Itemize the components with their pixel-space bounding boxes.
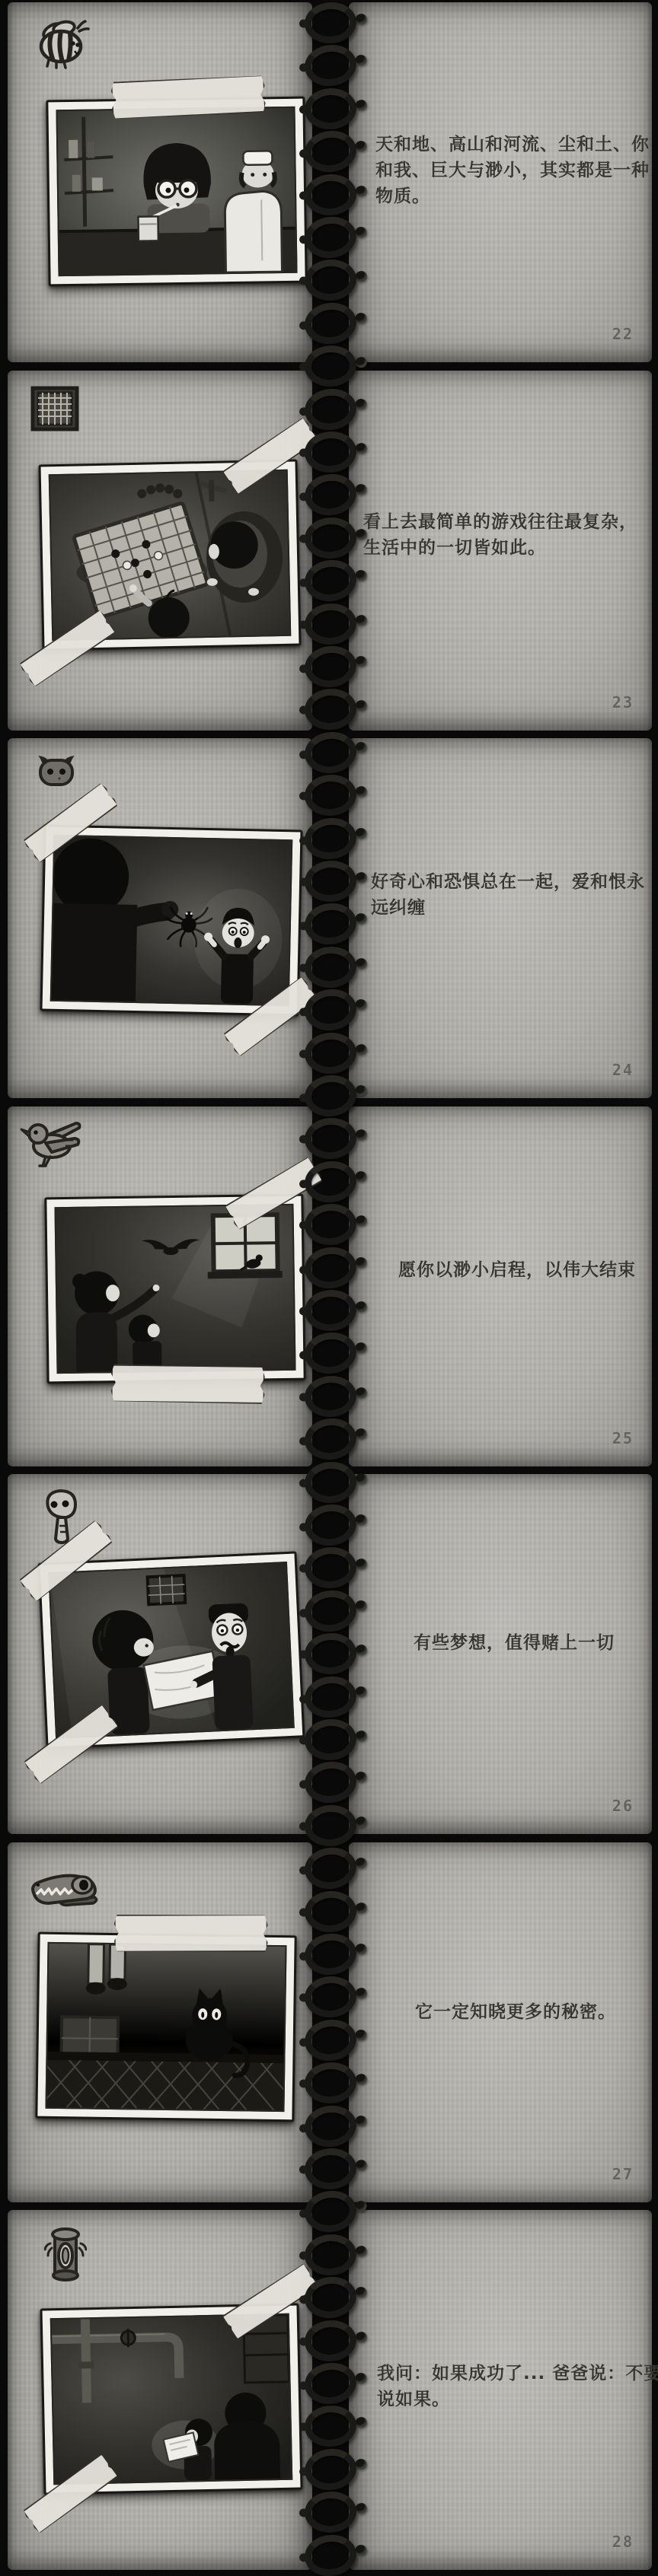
photo[interactable] (46, 97, 307, 287)
photo-scene-cat-fence (45, 1942, 286, 2112)
right-page: 我问：如果成功了... 爸爸说：不要 说如果。 28 (349, 2210, 652, 2570)
caption-line: 远纠缠 (371, 895, 645, 921)
right-page: 天和地、高山和河流、尘和土、你 和我、巨大与渺小，其实都是一种 物质。 22 (349, 2, 652, 362)
right-page: 有些梦想，值得赌上一切 26 (349, 1474, 652, 1834)
photo[interactable] (44, 1194, 305, 1384)
horned-head-icon (37, 755, 76, 791)
notebook-spread: 天和地、高山和河流、尘和土、你 和我、巨大与渺小，其实都是一种 物质。 22 (0, 0, 658, 365)
caption-line: 天和地、高山和河流、尘和土、你 (375, 132, 650, 158)
page-number: 25 (612, 1429, 634, 1447)
photo-scene-go-game (49, 470, 292, 642)
photo-caption: 天和地、高山和河流、尘和土、你 和我、巨大与渺小，其实都是一种 物质。 (375, 132, 650, 209)
photo-caption: 好奇心和恐惧总在一起，爱和恨永 远纠缠 (371, 869, 645, 921)
photo-scene-basement (50, 2313, 293, 2485)
right-page: 愿你以渺小启程，以伟大结束 25 (349, 1107, 652, 1466)
photo-caption: 愿你以渺小启程，以伟大结束 (398, 1257, 636, 1283)
go-board-icon (30, 386, 79, 435)
page-number: 27 (612, 2165, 634, 2183)
tape (110, 75, 266, 120)
page-number: 24 (612, 1061, 634, 1079)
photo-caption: 它一定知晓更多的秘密。 (415, 1999, 616, 2025)
notebook-spread: 愿你以渺小启程，以伟大结束 25 (0, 1104, 658, 1469)
photo-frame (44, 1194, 305, 1384)
photo-frame (40, 2303, 302, 2495)
caption-line: 和我、巨大与渺小，其实都是一种 (375, 158, 650, 183)
bee-icon (30, 11, 93, 77)
caption-line: 看上去最简单的游戏往往最复杂， (363, 509, 637, 535)
lantern-icon (44, 2225, 87, 2288)
photo[interactable] (38, 459, 301, 651)
tape (114, 1914, 268, 1953)
notebook-spread: 好奇心和恐惧总在一起，爱和恨永 远纠缠 24 (0, 736, 658, 1101)
photo-caption: 看上去最简单的游戏往往最复杂， 生活中的一切皆如此。 (363, 509, 637, 561)
notebook-spread: 我问：如果成功了... 爸爸说：不要 说如果。 28 (0, 2208, 658, 2573)
photo-caption: 我问：如果成功了... 爸爸说：不要 说如果。 (377, 2361, 658, 2412)
right-page: 它一定知晓更多的秘密。 27 (349, 1842, 652, 2202)
photo-scene-spider (50, 835, 293, 1007)
right-page: 好奇心和恐惧总在一起，爱和恨永 远纠缠 24 (349, 738, 652, 1098)
caption-line: 好奇心和恐惧总在一起，爱和恨永 (371, 869, 645, 895)
caption-line: 物质。 (375, 183, 650, 209)
left-page (8, 1474, 312, 1834)
photo-scene-birds-window (54, 1204, 295, 1374)
caption-line: 说如果。 (377, 2387, 658, 2412)
photo-scene-map-dream (48, 1562, 295, 1739)
left-page (8, 1107, 312, 1466)
photo-frame (35, 1932, 296, 2122)
photo-scene-boy-drinking (56, 107, 297, 276)
crocodile-icon (27, 1871, 101, 1912)
photo[interactable] (40, 2303, 302, 2495)
photo[interactable] (40, 824, 302, 1016)
tape (110, 1364, 265, 1404)
photo-frame (38, 1551, 305, 1749)
photo[interactable] (38, 1551, 305, 1749)
page-number: 28 (612, 2533, 634, 2551)
caption-line: 愿你以渺小启程，以伟大结束 (398, 1257, 636, 1283)
photo[interactable] (35, 1932, 296, 2122)
page-number: 22 (612, 325, 634, 343)
photo-frame (40, 824, 302, 1016)
right-page: 看上去最简单的游戏往往最复杂， 生活中的一切皆如此。 23 (349, 371, 652, 731)
caption-line: 它一定知晓更多的秘密。 (415, 1999, 616, 2025)
notebook-spread: 有些梦想，值得赌上一切 26 (0, 1472, 658, 1837)
photo-frame (46, 97, 307, 287)
notebook-spread: 它一定知晓更多的秘密。 27 (0, 1840, 658, 2205)
caption-line: 我问：如果成功了... 爸爸说：不要 (377, 2361, 658, 2387)
notebook: 天和地、高山和河流、尘和土、你 和我、巨大与渺小，其实都是一种 物质。 22 (0, 0, 658, 2576)
notebook-spread: 看上去最简单的游戏往往最复杂， 生活中的一切皆如此。 23 (0, 368, 658, 734)
bird-icon (20, 1117, 85, 1172)
left-page (8, 738, 312, 1098)
page-number: 26 (612, 1797, 634, 1815)
caption-line: 生活中的一切皆如此。 (363, 535, 637, 561)
caption-line: 有些梦想，值得赌上一切 (414, 1630, 615, 1656)
left-page (8, 1842, 312, 2202)
left-page (8, 2, 312, 362)
photo-caption: 有些梦想，值得赌上一切 (414, 1630, 615, 1656)
photo-frame (38, 459, 301, 651)
left-page (8, 371, 312, 731)
page-number: 23 (612, 693, 634, 712)
left-page (8, 2210, 312, 2570)
